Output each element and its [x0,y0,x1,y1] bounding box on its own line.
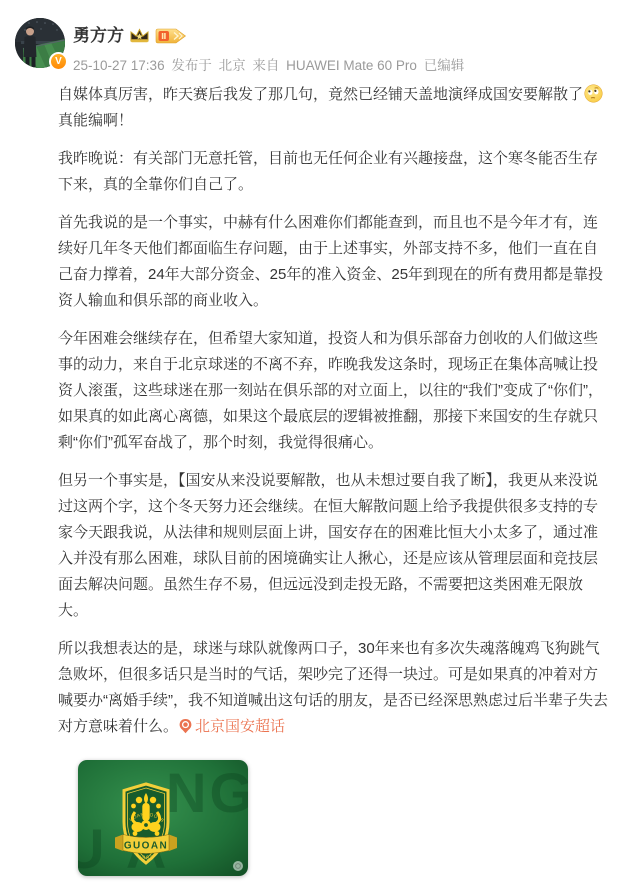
post-time: 25-10-27 17:36 [73,58,165,73]
post-device: HUAWEI Mate 60 Pro [286,58,417,73]
skeptical-face-emoji [584,84,603,103]
paragraph-text: 自媒体真厉害，昨天赛后我发了那几句，竟然已经铺天盖地演绎成国安要解散了 [58,86,583,103]
paragraph-text: 真能编啊！ [58,112,133,129]
from-label: 来自 [252,58,279,73]
post-paragraph: 所以我想表达的是，球迷与球队就像两口子，30年来也有多次失魂落魄鸡飞狗跳气急败坏… [58,636,609,740]
post-meta: 25-10-27 17:36 发布于 北京 来自 HUAWEI Mate 60 … [73,54,467,74]
guoan-crest-image[interactable]: NG U A BEIJING GUOAN FOOTBALL CLUB [78,760,248,876]
supertopic-label: 北京国安超话 [195,718,285,735]
author-name[interactable]: 勇方方 [73,26,124,45]
verified-v-badge: V [49,52,68,71]
edited-label: 已编辑 [424,58,465,73]
published-label: 发布于 [171,58,212,73]
crest-banner-text: GUOAN [124,841,168,852]
post-content: 自媒体真厉害，昨天赛后我发了那几句，竟然已经铺天盖地演绎成国安要解散了 真能编啊… [58,82,609,740]
paragraph-text: 所以我想表达的是，球迷与球队就像两口子，30年来也有多次失魂落魄鸡飞狗跳气急败坏… [58,640,608,735]
post-location: 北京 [219,58,246,73]
vip-crown-icon[interactable] [129,28,150,44]
weibo-watermark-icon [233,861,243,871]
supertopic-link[interactable]: 北京国安超话 [178,718,285,735]
crest-year: 1992 [139,856,153,862]
weibo-post: V 勇方方 [0,0,631,892]
watermark-letters-top: NG [166,761,248,824]
supertopic-icon [178,717,193,733]
post-paragraph: 但另一个事实是，【国安从来没说要解散，也从未想过要自我了断】，我更从来没说过这两… [58,468,609,624]
post-header: 勇方方 Ⅱ [73,26,467,74]
post-paragraph: 今年困难会继续存在，但希望大家知道，投资人和为俱乐部奋力创收的人们做这些事的动力… [58,326,609,456]
vip-level-numeral: Ⅱ [161,32,166,41]
avatar[interactable]: V [15,18,65,68]
post-paragraph: 首先我说的是一个事实，中赫有什么困难你们都能查到，而且也不是今年才有，连续好几年… [58,210,609,314]
vip-level-badge[interactable]: Ⅱ [155,28,188,44]
post-paragraph: 我昨晚说：有关部门无意托管，目前也无任何企业有兴趣接盘，这个寒冬能否生存下来，真… [58,146,609,198]
post-paragraph: 自媒体真厉害，昨天赛后我发了那几句，竟然已经铺天盖地演绎成国安要解散了 真能编啊… [58,82,609,134]
